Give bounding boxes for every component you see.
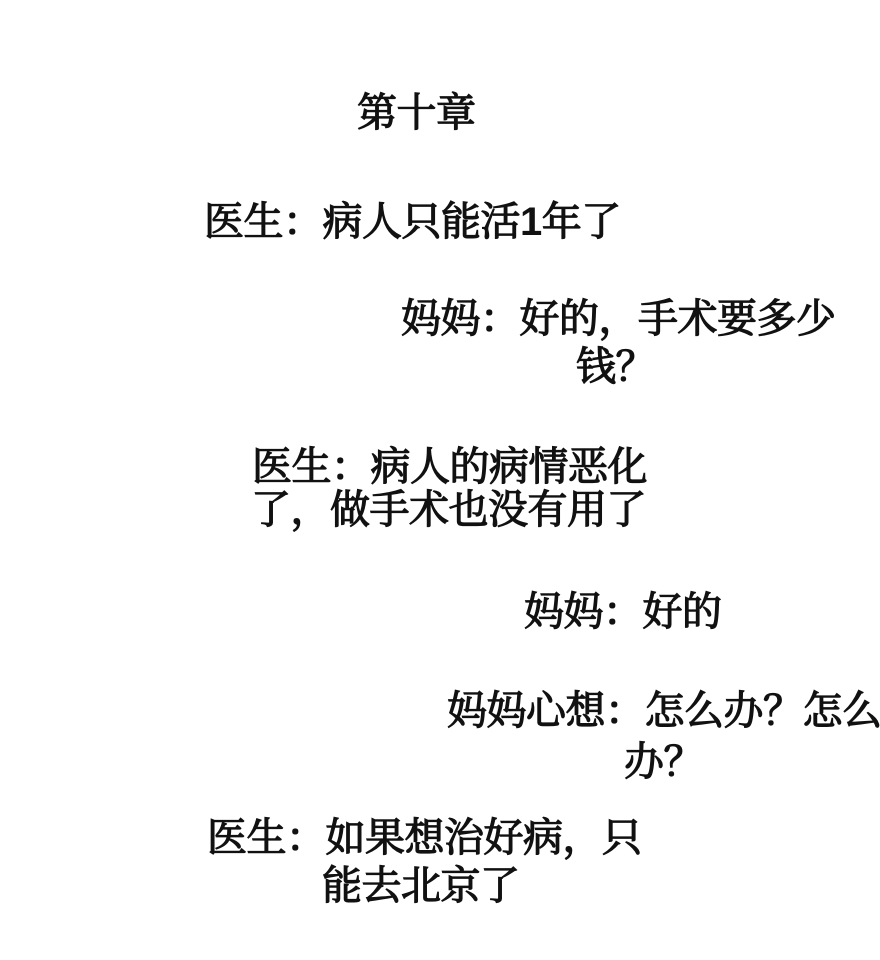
dialog-doctor-1-line-1: 医生：病人只能活1年了 <box>204 202 621 242</box>
dialog-doctor-2-line-1: 医生：病人的病情恶化 <box>252 447 647 487</box>
dialog-mom-1-line-2: 钱？ <box>576 347 655 387</box>
dialog-mom-2-line-1: 妈妈：好的 <box>524 592 722 632</box>
dialog-doctor-3-line-2: 能去北京了 <box>322 866 520 906</box>
chapter-title: 第十章 <box>357 93 476 133</box>
dialog-doctor-2-line-2: 了，做手术也没有用了 <box>251 490 646 530</box>
dialog-mom-thought-line-1: 妈妈心想：怎么办？怎么 <box>447 691 880 731</box>
dialog-mom-1-line-1: 妈妈：好的，手术要多少 <box>401 299 836 339</box>
dialog-doctor-3-line-1: 医生：如果想治好病，只 <box>207 818 642 858</box>
story-page: 第十章 医生：病人只能活1年了 妈妈：好的，手术要多少 钱？ 医生：病人的病情恶… <box>0 0 880 960</box>
dialog-mom-thought-line-2: 办？ <box>624 742 703 782</box>
